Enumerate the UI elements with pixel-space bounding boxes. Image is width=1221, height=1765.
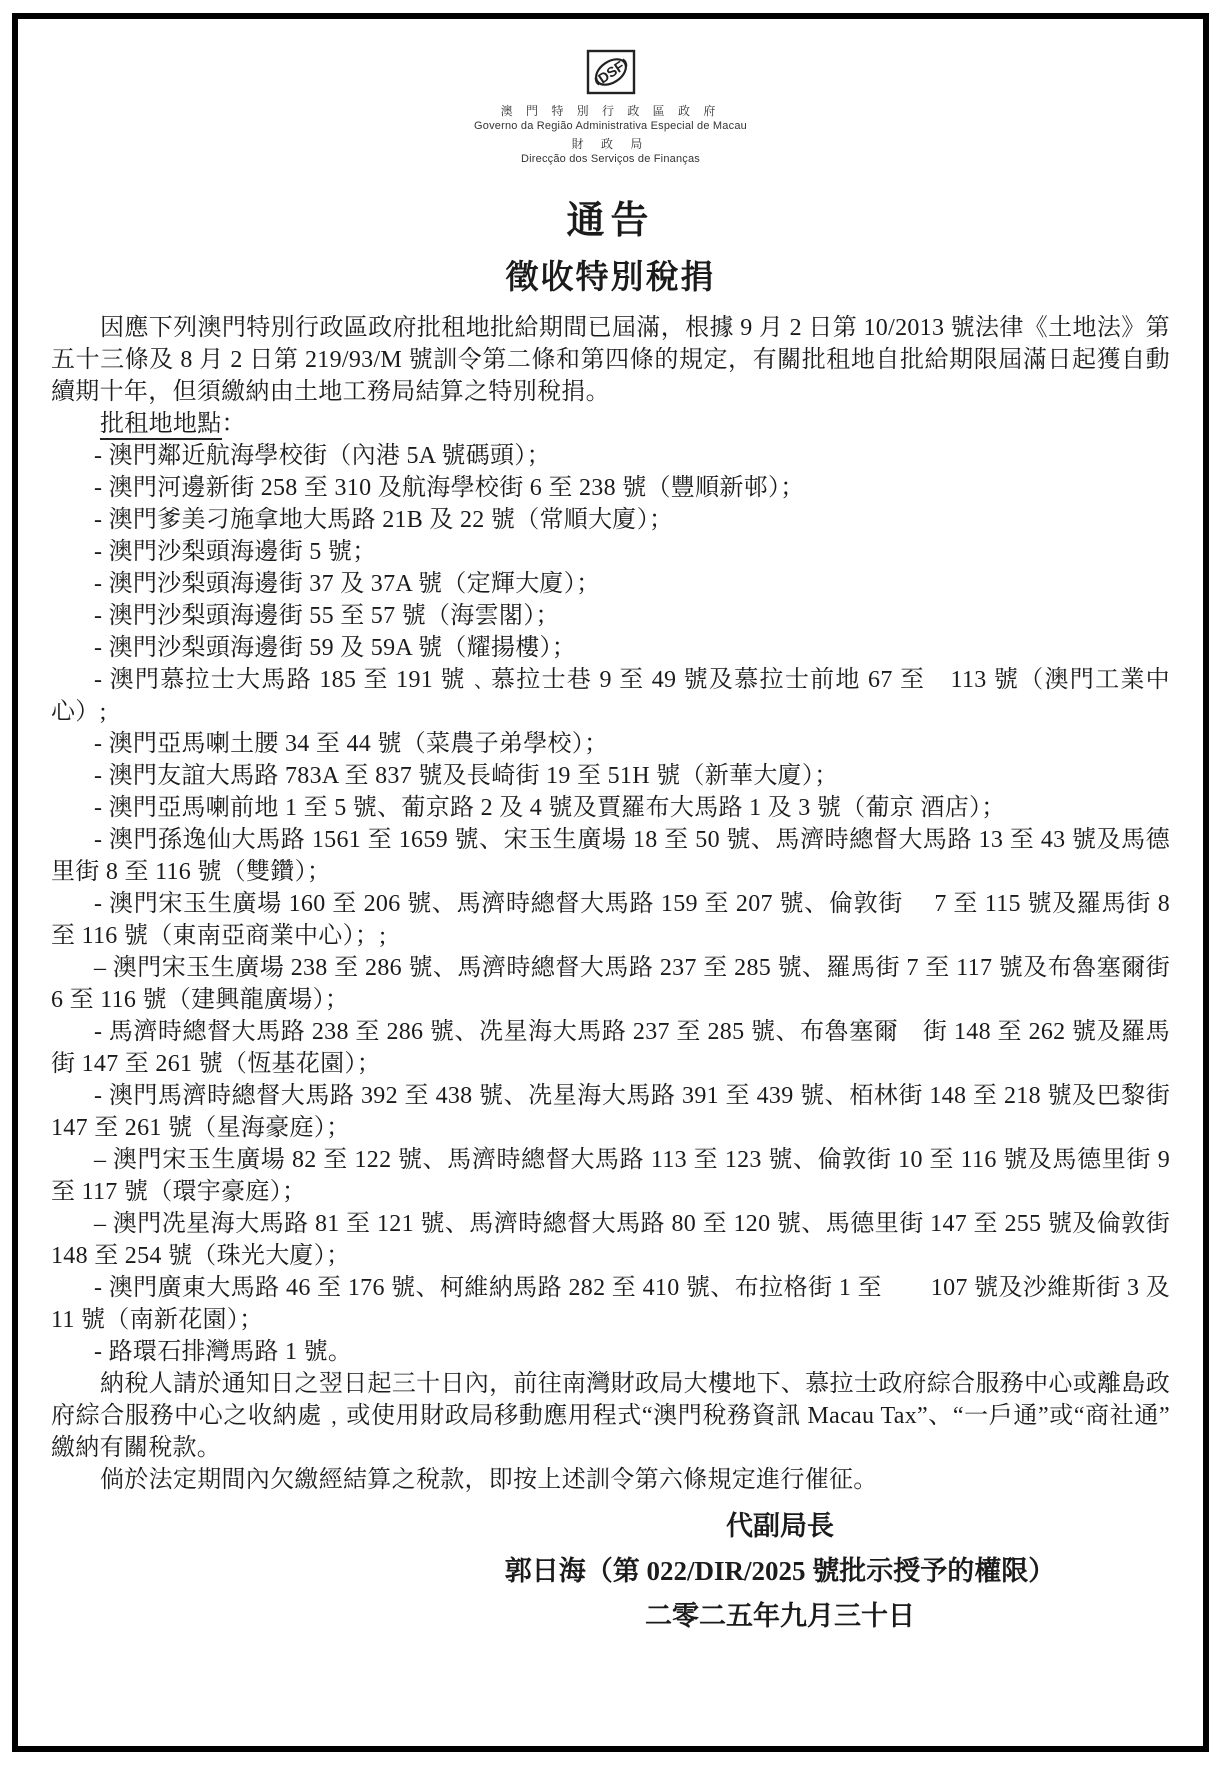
notice-subtitle: 徵收特別稅捐 (51, 251, 1170, 298)
location-item: - 澳門沙梨頭海邊街 55 至 57 號（海雲閣）； (51, 600, 1170, 632)
location-item: – 澳門宋玉生廣場 238 至 286 號、馬濟時總督大馬路 237 至 285… (51, 952, 1170, 1016)
location-item: - 澳門沙梨頭海邊街 37 及 37A 號（定輝大廈）； (51, 568, 1170, 600)
department-name-pt: Direcção dos Serviços de Finanças (51, 153, 1170, 165)
notice-body: 因應下列澳門特別行政區政府批租地批給期間已屆滿，根據 9 月 2 日第 10/2… (51, 312, 1170, 1496)
department-name-cn: 財 政 局 (51, 135, 1170, 152)
government-name-pt: Governo da Região Administrativa Especia… (51, 120, 1170, 132)
notice-date: 二零二五年九月三十日 (410, 1594, 1150, 1639)
location-item: - 馬濟時總督大馬路 238 至 286 號、冼星海大馬路 237 至 285 … (51, 1016, 1170, 1080)
locations-list: - 澳門鄰近航海學校街（內港 5A 號碼頭）；- 澳門河邊新街 258 至 31… (51, 440, 1170, 1368)
payment-paragraph: 納稅人請於通知日之翌日起三十日內，前往南灣財政局大樓地下、慕拉士政府綜合服務中心… (51, 1368, 1170, 1464)
location-item: – 澳門宋玉生廣場 82 至 122 號、馬濟時總督大馬路 113 至 123 … (51, 1144, 1170, 1208)
location-item: - 路環石排灣馬路 1 號。 (51, 1336, 1170, 1368)
location-item: - 澳門馬濟時總督大馬路 392 至 438 號、冼星海大馬路 391 至 43… (51, 1080, 1170, 1144)
border-frame: DSF 澳 門 特 別 行 政 區 政 府 Governo da Região … (12, 13, 1209, 1752)
location-item: - 澳門亞馬喇土腰 34 至 44 號（菜農子弟學校）； (51, 728, 1170, 760)
intro-paragraph: 因應下列澳門特別行政區政府批租地批給期間已屆滿，根據 9 月 2 日第 10/2… (51, 312, 1170, 408)
signer-name-line: 郭日海（第 022/DIR/2025 號批示授予的權限） (410, 1549, 1150, 1594)
location-item: – 澳門冼星海大馬路 81 至 121 號、馬濟時總督大馬路 80 至 120 … (51, 1208, 1170, 1272)
notice-page: DSF 澳 門 特 別 行 政 區 政 府 Governo da Região … (0, 0, 1221, 1765)
list-heading-colon: ： (222, 411, 246, 437)
enforcement-paragraph: 倘於法定期間內欠繳經結算之稅款，即按上述訓令第六條規定進行催征。 (51, 1464, 1170, 1496)
location-item: - 澳門慕拉士大馬路 185 至 191 號﹑慕拉士巷 9 至 49 號及慕拉士… (51, 664, 1170, 728)
dsf-logo-icon: DSF (51, 49, 1170, 95)
location-item: - 澳門沙梨頭海邊街 59 及 59A 號（耀揚樓）； (51, 632, 1170, 664)
location-item: - 澳門沙梨頭海邊街 5 號； (51, 536, 1170, 568)
location-item: - 澳門河邊新街 258 至 310 及航海學校街 6 至 238 號（豐順新邨… (51, 472, 1170, 504)
list-heading-text: 批租地地點 (100, 411, 222, 440)
government-name-cn: 澳 門 特 別 行 政 區 政 府 (51, 102, 1170, 119)
location-item: - 澳門廣東大馬路 46 至 176 號、柯維納馬路 282 至 410 號、布… (51, 1272, 1170, 1336)
location-item: - 澳門鄰近航海學校街（內港 5A 號碼頭）； (51, 440, 1170, 472)
location-item: - 澳門友誼大馬路 783A 至 837 號及長崎街 19 至 51H 號（新華… (51, 760, 1170, 792)
location-item: - 澳門孫逸仙大馬路 1561 至 1659 號、宋玉生廣場 18 至 50 號… (51, 824, 1170, 888)
letterhead: DSF 澳 門 特 別 行 政 區 政 府 Governo da Região … (51, 49, 1170, 165)
location-item: - 澳門亞馬喇前地 1 至 5 號、葡京路 2 及 4 號及賈羅布大馬路 1 及… (51, 792, 1170, 824)
notice-title: 通告 (51, 189, 1170, 244)
location-item: - 澳門爹美刁施拿地大馬路 21B 及 22 號（常順大廈）； (51, 504, 1170, 536)
list-heading: 批租地地點： (51, 408, 1170, 440)
signature-block: 代副局長 郭日海（第 022/DIR/2025 號批示授予的權限） 二零二五年九… (410, 1504, 1150, 1639)
location-item: - 澳門宋玉生廣場 160 至 206 號、馬濟時總督大馬路 159 至 207… (51, 888, 1170, 952)
signer-title: 代副局長 (410, 1504, 1150, 1549)
